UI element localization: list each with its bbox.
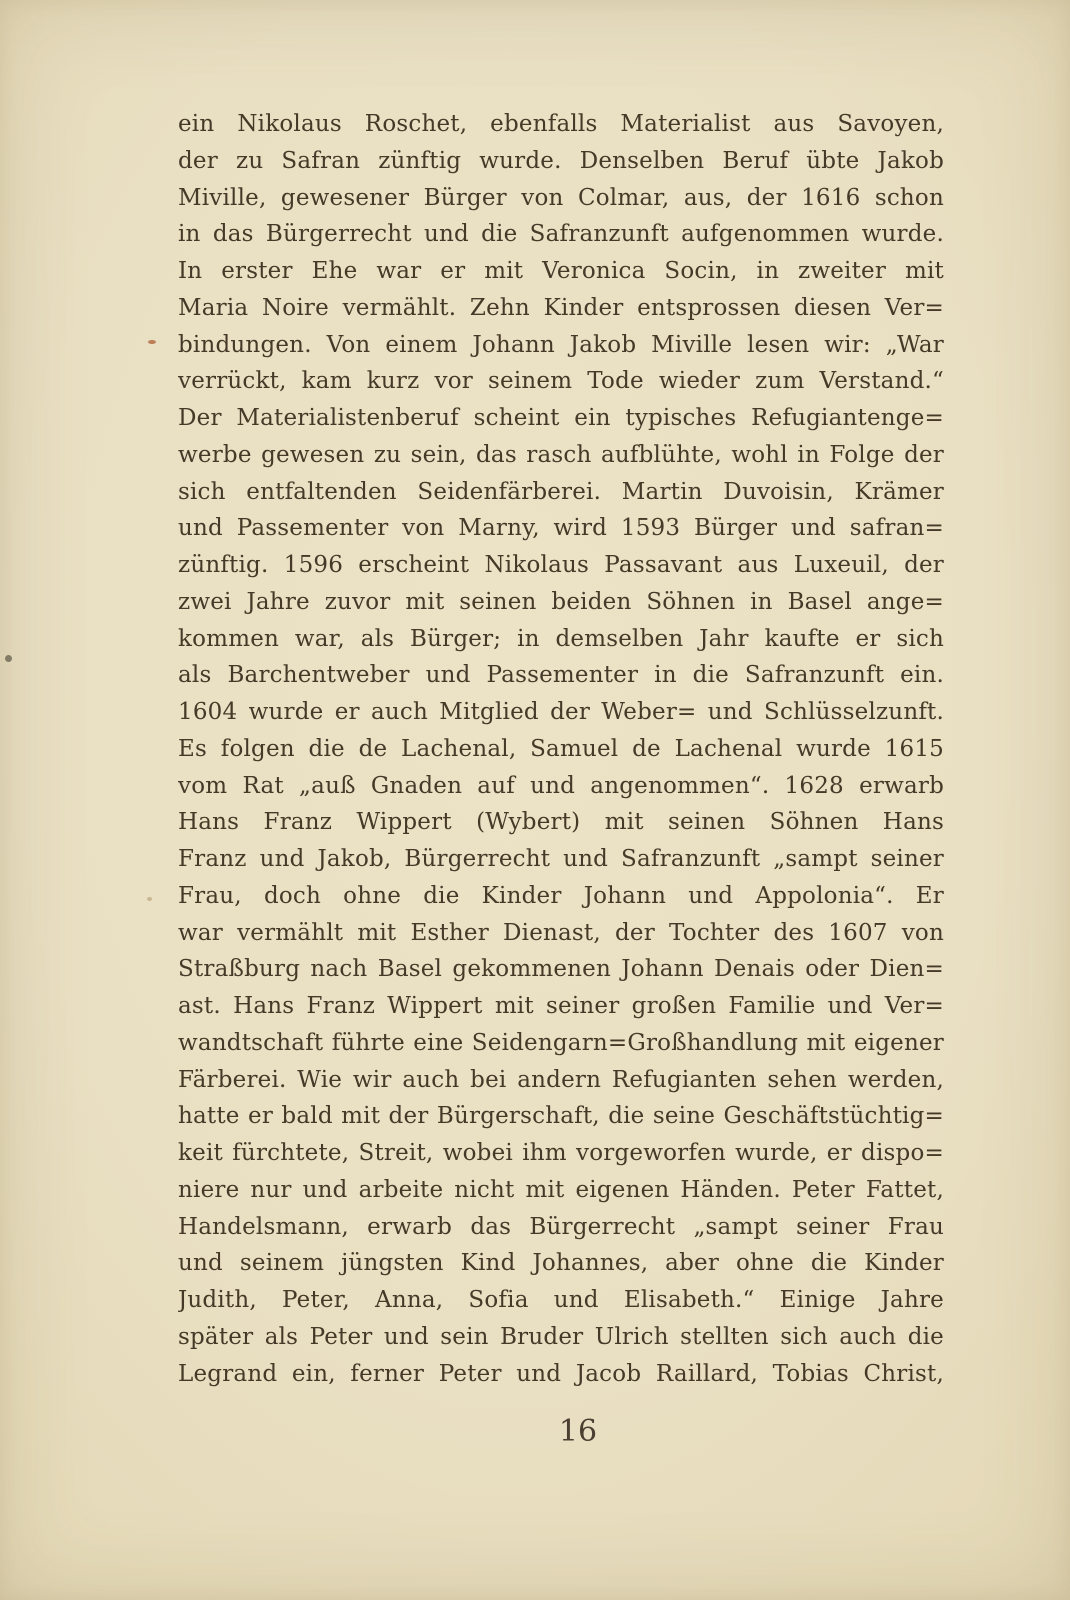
text-line: keit fürchtete, Streit, wobei ihm vorgew… [178,1135,944,1172]
book-page: ein Nikolaus Roschet, ebenfalls Material… [0,0,1070,1600]
text-line: in das Bürgerrecht und die Safranzunft a… [178,216,944,253]
text-line: zünftig. 1596 erscheint Nikolaus Passava… [178,547,944,584]
paper-speck [147,897,152,901]
text-line: kommen war, als Bürger; in demselben Jah… [178,621,944,658]
text-block: ein Nikolaus Roschet, ebenfalls Material… [178,106,944,1392]
text-line: werbe gewesen zu sein, das rasch aufblüh… [178,437,944,474]
text-line: sich entfaltenden Seidenfärberei. Martin… [178,474,944,511]
text-line: Frau, doch ohne die Kinder Johann und Ap… [178,878,944,915]
text-line: hatte er bald mit der Bürgerschaft, die … [178,1098,944,1135]
text-line: der zu Safran zünftig wurde. Denselben B… [178,143,944,180]
text-line: ast. Hans Franz Wippert mit seiner große… [178,988,944,1025]
text-line: Färberei. Wie wir auch bei andern Refugi… [178,1062,944,1099]
text-line: Hans Franz Wippert (Wybert) mit seinen S… [178,804,944,841]
text-line: 1604 wurde er auch Mitglied der Weber= u… [178,694,944,731]
text-line: Maria Noire vermählt. Zehn Kinder entspr… [178,290,944,327]
text-line: Es folgen die de Lachenal, Samuel de Lac… [178,731,944,768]
text-line: Legrand ein, ferner Peter und Jacob Rail… [178,1356,944,1393]
paper-speck [148,340,156,344]
text-line: ein Nikolaus Roschet, ebenfalls Material… [178,106,944,143]
text-line: Straßburg nach Basel gekommenen Johann D… [178,951,944,988]
paper-speck [5,655,12,662]
text-line: als Barchentweber und Passementer in die… [178,657,944,694]
text-line: verrückt, kam kurz vor seinem Tode wiede… [178,363,944,400]
text-line: und Passementer von Marny, wird 1593 Bür… [178,510,944,547]
text-line: wandtschaft führte eine Seidengarn=Großh… [178,1025,944,1062]
text-line: In erster Ehe war er mit Veronica Socin,… [178,253,944,290]
text-line: Handelsmann, erwarb das Bürgerrecht „sam… [178,1209,944,1246]
text-line: vom Rat „auß Gnaden auf und angenommen“.… [178,768,944,805]
text-line: später als Peter und sein Bruder Ulrich … [178,1319,944,1356]
text-line: Der Materialistenberuf scheint ein typis… [178,400,944,437]
text-line: Franz und Jakob, Bürgerrecht und Safranz… [178,841,944,878]
text-line: niere nur und arbeite nicht mit eigenen … [178,1172,944,1209]
text-line: und seinem jüngsten Kind Johannes, aber … [178,1245,944,1282]
text-line: zwei Jahre zuvor mit seinen beiden Söhne… [178,584,944,621]
text-line: bindungen. Von einem Johann Jakob Mivill… [178,327,944,364]
text-line: Judith, Peter, Anna, Sofia und Elisabeth… [178,1282,944,1319]
page-number: 16 [178,1412,978,1452]
text-line: Miville, gewesener Bürger von Colmar, au… [178,180,944,217]
text-line: war vermählt mit Esther Dienast, der Toc… [178,915,944,952]
